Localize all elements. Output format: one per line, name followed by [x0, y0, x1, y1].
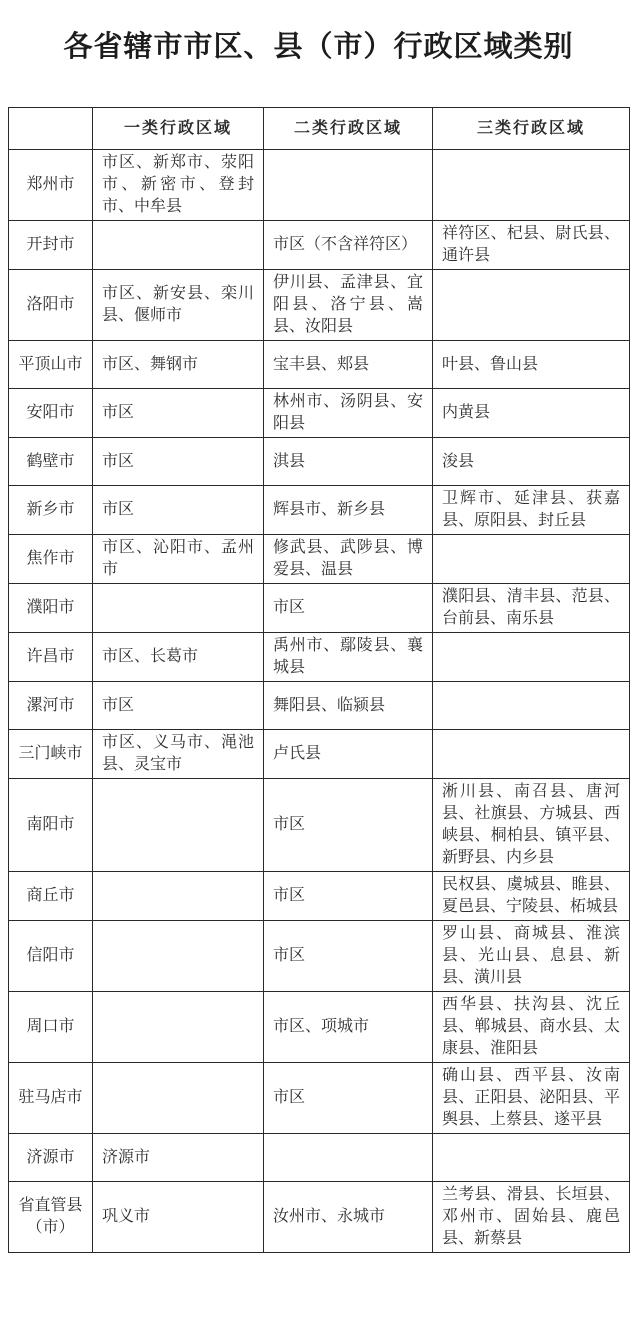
- class1-cell: [93, 1063, 264, 1134]
- table-row: 鹤壁市市区淇县浚县: [9, 438, 630, 486]
- class2-cell: 汝州市、永城市: [264, 1182, 433, 1253]
- table-row: 漯河市市区舞阳县、临颍县: [9, 682, 630, 730]
- city-cell: 周口市: [9, 992, 93, 1063]
- table-row: 郑州市市区、新郑市、荥阳市、新密市、登封市、中牟县: [9, 150, 630, 221]
- class2-cell: 舞阳县、临颍县: [264, 682, 433, 730]
- class1-cell: 市区、长葛市: [93, 633, 264, 682]
- class3-cell: [433, 1134, 630, 1182]
- class1-cell: 市区、新郑市、荥阳市、新密市、登封市、中牟县: [93, 150, 264, 221]
- table-row: 南阳市市区淅川县、南召县、唐河县、社旗县、方城县、西峡县、桐柏县、镇平县、新野县…: [9, 779, 630, 872]
- table-row: 省直管县（市）巩义市汝州市、永城市兰考县、滑县、长垣县、邓州市、固始县、鹿邑县、…: [9, 1182, 630, 1253]
- class2-cell: [264, 1134, 433, 1182]
- city-cell: 安阳市: [9, 389, 93, 438]
- class1-cell: [93, 992, 264, 1063]
- class2-cell: 卢氏县: [264, 730, 433, 779]
- class2-cell: 市区: [264, 872, 433, 921]
- table-row: 信阳市市区罗山县、商城县、淮滨县、光山县、息县、新县、潢川县: [9, 921, 630, 992]
- city-cell: 驻马店市: [9, 1063, 93, 1134]
- class3-cell: 浚县: [433, 438, 630, 486]
- class2-cell: 禹州市、鄢陵县、襄城县: [264, 633, 433, 682]
- class1-cell: 市区、沁阳市、孟州市: [93, 535, 264, 584]
- table-row: 驻马店市市区确山县、西平县、汝南县、正阳县、泌阳县、平舆县、上蔡县、遂平县: [9, 1063, 630, 1134]
- city-cell: 新乡市: [9, 486, 93, 535]
- class2-cell: 宝丰县、郏县: [264, 341, 433, 389]
- header-row: 一类行政区域 二类行政区域 三类行政区域: [9, 108, 630, 150]
- class2-cell: 伊川县、孟津县、宜阳县、洛宁县、嵩县、汝阳县: [264, 270, 433, 341]
- city-cell: 开封市: [9, 221, 93, 270]
- city-cell: 郑州市: [9, 150, 93, 221]
- class3-cell: 淅川县、南召县、唐河县、社旗县、方城县、西峡县、桐柏县、镇平县、新野县、内乡县: [433, 779, 630, 872]
- class1-cell: 巩义市: [93, 1182, 264, 1253]
- city-cell: 商丘市: [9, 872, 93, 921]
- class1-cell: 市区、义马市、渑池县、灵宝市: [93, 730, 264, 779]
- class1-cell: 市区: [93, 486, 264, 535]
- class2-cell: 市区: [264, 1063, 433, 1134]
- class3-cell: 内黄县: [433, 389, 630, 438]
- class3-cell: [433, 633, 630, 682]
- city-cell: 南阳市: [9, 779, 93, 872]
- table-body: 郑州市市区、新郑市、荥阳市、新密市、登封市、中牟县开封市市区（不含祥符区）祥符区…: [9, 150, 630, 1253]
- class2-cell: 市区: [264, 779, 433, 872]
- class3-cell: 民权县、虞城县、睢县、夏邑县、宁陵县、柘城县: [433, 872, 630, 921]
- table-header: 一类行政区域 二类行政区域 三类行政区域: [9, 108, 630, 150]
- table-row: 济源市济源市: [9, 1134, 630, 1182]
- class1-cell: 市区: [93, 438, 264, 486]
- table-row: 洛阳市市区、新安县、栾川县、偃师市伊川县、孟津县、宜阳县、洛宁县、嵩县、汝阳县: [9, 270, 630, 341]
- class3-cell: 罗山县、商城县、淮滨县、光山县、息县、新县、潢川县: [433, 921, 630, 992]
- class2-cell: 市区: [264, 584, 433, 633]
- class1-cell: 市区、新安县、栾川县、偃师市: [93, 270, 264, 341]
- class1-cell: 济源市: [93, 1134, 264, 1182]
- header-class1: 一类行政区域: [93, 108, 264, 150]
- header-class2: 二类行政区域: [264, 108, 433, 150]
- region-category-table: 一类行政区域 二类行政区域 三类行政区域 郑州市市区、新郑市、荥阳市、新密市、登…: [8, 107, 630, 1253]
- class2-cell: 辉县市、新乡县: [264, 486, 433, 535]
- city-cell: 济源市: [9, 1134, 93, 1182]
- class1-cell: [93, 872, 264, 921]
- table-row: 三门峡市市区、义马市、渑池县、灵宝市卢氏县: [9, 730, 630, 779]
- class3-cell: 叶县、鲁山县: [433, 341, 630, 389]
- class3-cell: 兰考县、滑县、长垣县、邓州市、固始县、鹿邑县、新蔡县: [433, 1182, 630, 1253]
- class3-cell: [433, 682, 630, 730]
- class2-cell: [264, 150, 433, 221]
- city-cell: 濮阳市: [9, 584, 93, 633]
- table-row: 许昌市市区、长葛市禹州市、鄢陵县、襄城县: [9, 633, 630, 682]
- class3-cell: 祥符区、杞县、尉氏县、通许县: [433, 221, 630, 270]
- class3-cell: [433, 535, 630, 584]
- document-page: 各省辖市市区、县（市）行政区域类别 一类行政区域 二类行政区域 三类行政区域 郑…: [0, 0, 637, 1253]
- class1-cell: 市区: [93, 389, 264, 438]
- class2-cell: 修武县、武陟县、博爱县、温县: [264, 535, 433, 584]
- class1-cell: [93, 221, 264, 270]
- table-row: 开封市市区（不含祥符区）祥符区、杞县、尉氏县、通许县: [9, 221, 630, 270]
- city-cell: 省直管县（市）: [9, 1182, 93, 1253]
- class3-cell: [433, 730, 630, 779]
- header-city: [9, 108, 93, 150]
- class1-cell: [93, 779, 264, 872]
- table-row: 周口市市区、项城市西华县、扶沟县、沈丘县、郸城县、商水县、太康县、淮阳县: [9, 992, 630, 1063]
- table-row: 新乡市市区辉县市、新乡县卫辉市、延津县、获嘉县、原阳县、封丘县: [9, 486, 630, 535]
- table-row: 濮阳市市区濮阳县、清丰县、范县、台前县、南乐县: [9, 584, 630, 633]
- class3-cell: [433, 270, 630, 341]
- class2-cell: 市区（不含祥符区）: [264, 221, 433, 270]
- class3-cell: 西华县、扶沟县、沈丘县、郸城县、商水县、太康县、淮阳县: [433, 992, 630, 1063]
- class2-cell: 淇县: [264, 438, 433, 486]
- class1-cell: 市区: [93, 682, 264, 730]
- class2-cell: 市区: [264, 921, 433, 992]
- city-cell: 三门峡市: [9, 730, 93, 779]
- city-cell: 洛阳市: [9, 270, 93, 341]
- page-title: 各省辖市市区、县（市）行政区域类别: [0, 0, 637, 65]
- class1-cell: [93, 921, 264, 992]
- city-cell: 焦作市: [9, 535, 93, 584]
- table-row: 平顶山市市区、舞钢市宝丰县、郏县叶县、鲁山县: [9, 341, 630, 389]
- class2-cell: 林州市、汤阴县、安阳县: [264, 389, 433, 438]
- table-row: 焦作市市区、沁阳市、孟州市修武县、武陟县、博爱县、温县: [9, 535, 630, 584]
- class1-cell: [93, 584, 264, 633]
- table-row: 安阳市市区林州市、汤阴县、安阳县内黄县: [9, 389, 630, 438]
- class1-cell: 市区、舞钢市: [93, 341, 264, 389]
- class2-cell: 市区、项城市: [264, 992, 433, 1063]
- city-cell: 许昌市: [9, 633, 93, 682]
- header-class3: 三类行政区域: [433, 108, 630, 150]
- city-cell: 漯河市: [9, 682, 93, 730]
- table-row: 商丘市市区民权县、虞城县、睢县、夏邑县、宁陵县、柘城县: [9, 872, 630, 921]
- city-cell: 信阳市: [9, 921, 93, 992]
- class3-cell: 濮阳县、清丰县、范县、台前县、南乐县: [433, 584, 630, 633]
- city-cell: 平顶山市: [9, 341, 93, 389]
- class3-cell: [433, 150, 630, 221]
- city-cell: 鹤壁市: [9, 438, 93, 486]
- class3-cell: 确山县、西平县、汝南县、正阳县、泌阳县、平舆县、上蔡县、遂平县: [433, 1063, 630, 1134]
- class3-cell: 卫辉市、延津县、获嘉县、原阳县、封丘县: [433, 486, 630, 535]
